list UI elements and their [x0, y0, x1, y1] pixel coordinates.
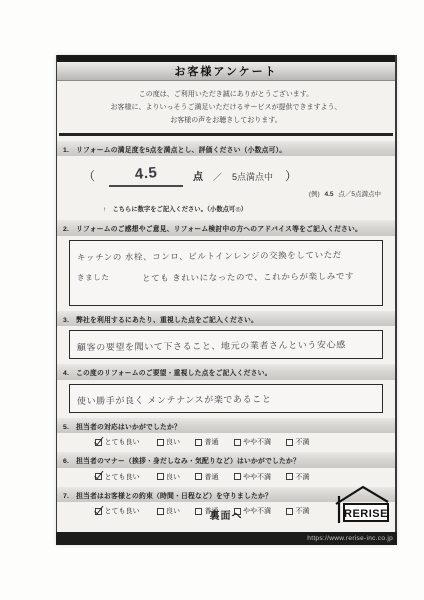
- checkbox-empty: [234, 473, 241, 480]
- q5-option-very-good: とても良い: [95, 437, 140, 447]
- option-label: やや不満: [243, 437, 271, 447]
- intro-line-3: お客様の声をお聴きしております。: [57, 114, 395, 127]
- intro-text: この度は、ご利用いただき誠にありがとうございます。 お客様に、よりいっそうご満足…: [57, 88, 395, 127]
- checkbox-empty: [286, 439, 293, 446]
- handwritten-answer-q2-continuation: きました: [77, 271, 110, 282]
- handwritten-answer-q4: 使い勝手が良く メンテナンスが楽であること: [77, 391, 272, 406]
- check-icon: [94, 469, 103, 479]
- handwritten-score: 4.5: [134, 164, 158, 183]
- option-label: 普通: [205, 437, 219, 447]
- page-title: お客様アンケート: [174, 63, 277, 79]
- title-bar: お客様アンケート: [57, 62, 395, 81]
- example-label: (例): [309, 191, 320, 198]
- check-icon: [94, 434, 103, 444]
- question-1-label: 1. リフォームの満足度を5点を満点とし、評価ください（小数点可）。: [57, 141, 395, 157]
- top-black-bar: [57, 55, 395, 62]
- option-label: 良い: [166, 437, 180, 447]
- answer-box-q2: キッチンの 水栓、コンロ、ビルトインレンジの交換をしていただ きました とても …: [69, 240, 383, 306]
- score-slash: ／: [213, 170, 222, 183]
- score-hint: ↑ こちらに数字をご記入ください。（小数点可◎）: [103, 204, 395, 213]
- handwritten-answer-q2-line2: とても きれいになったので、これからが楽しみです: [142, 269, 354, 283]
- checkbox-checked: [95, 473, 102, 480]
- question-5-label: 5. 担当者の対応はいかがでしたか？: [57, 418, 395, 434]
- handwritten-answer-q2-line1: キッチンの 水栓、コンロ、ビルトインレンジの交換をしていただ: [77, 248, 342, 263]
- question-4-label: 4. この度のリフォームのご要望・重視した点をご記入ください。: [57, 364, 395, 380]
- intro-line-2: お客様に、よりいっそうご満足いただけるサービスが提供できますよう、: [57, 101, 395, 114]
- score-entry-row: （ 4.5 点 ／ 5点満点中 ）: [83, 167, 395, 187]
- rating-row-q6: とても良い 良い 普通 やや不満 不満: [95, 472, 395, 482]
- question-6-label: 6. 担当者のマナー（挨拶・身だしなみ・気配りなど）はいかがでしたか？: [57, 452, 395, 468]
- footer-url: https://www.rerise-inc.co.jp: [307, 535, 393, 542]
- example-suffix: 点／5点満点中: [338, 191, 381, 198]
- q5-option-dissatisfied: 不満: [286, 437, 310, 447]
- score-example: (例) 4.5 点／5点満点中: [57, 189, 381, 198]
- survey-document: お客様アンケート この度は、ご利用いただき誠にありがとうございます。 お客様に、…: [56, 55, 397, 545]
- section-divider: [59, 133, 393, 136]
- q6-option-slightly-dissatisfied: やや不満: [234, 472, 272, 482]
- score-underline-field: 4.5: [109, 167, 183, 187]
- q6-option-dissatisfied: 不満: [286, 472, 310, 482]
- q5-option-normal: 普通: [195, 437, 219, 447]
- option-label: 不満: [296, 472, 310, 482]
- paren-open: （: [83, 167, 95, 184]
- answer-box-q4: 使い勝手が良く メンテナンスが楽であること: [69, 384, 383, 413]
- q5-option-slightly-dissatisfied: やや不満: [234, 437, 272, 447]
- logo-house-roof: [336, 487, 388, 504]
- intro-line-1: この度は、ご利用いただき誠にありがとうございます。: [57, 88, 395, 101]
- answer-box-q3: 顧客の要望を聞いて下さること、地元の業者さんという安心感: [69, 330, 383, 359]
- handwritten-answer-q3: 顧客の要望を聞いて下さること、地元の業者さんという安心感: [77, 338, 346, 354]
- option-label: とても良い: [105, 472, 140, 482]
- q6-option-good: 良い: [157, 472, 181, 482]
- q6-option-normal: 普通: [195, 472, 219, 482]
- checkbox-empty: [234, 439, 241, 446]
- option-label: 良い: [166, 472, 180, 482]
- question-2-label: 2. リフォームのご感想やご意見、リフォーム検討中の方へのアドバイス等をご記入く…: [57, 220, 395, 236]
- option-label: 普通: [205, 472, 219, 482]
- option-label: やや不満: [243, 472, 271, 482]
- question-3-label: 3. 弊社を利用するにあたり、重視した点をご記入ください。: [57, 311, 395, 327]
- q5-option-good: 良い: [157, 437, 181, 447]
- footer-url-bar: https://www.rerise-inc.co.jp: [56, 532, 397, 545]
- checkbox-empty: [195, 473, 202, 480]
- checkbox-empty: [195, 439, 202, 446]
- checkbox-empty: [157, 439, 164, 446]
- rating-row-q5: とても良い 良い 普通 やや不満 不満: [95, 437, 395, 447]
- checkbox-empty: [286, 473, 293, 480]
- q6-option-very-good: とても良い: [95, 472, 140, 482]
- option-label: 不満: [296, 437, 310, 447]
- rerise-logo: RERISE: [334, 483, 390, 530]
- example-value: 4.5: [325, 191, 334, 198]
- paren-close: ）: [285, 167, 297, 184]
- checkbox-checked: [95, 439, 102, 446]
- checkbox-empty: [157, 473, 164, 480]
- score-unit-label: 点: [193, 168, 203, 183]
- option-label: とても良い: [105, 437, 140, 447]
- score-max-label: 5点満点中: [232, 170, 273, 183]
- logo-text: RERISE: [344, 508, 388, 520]
